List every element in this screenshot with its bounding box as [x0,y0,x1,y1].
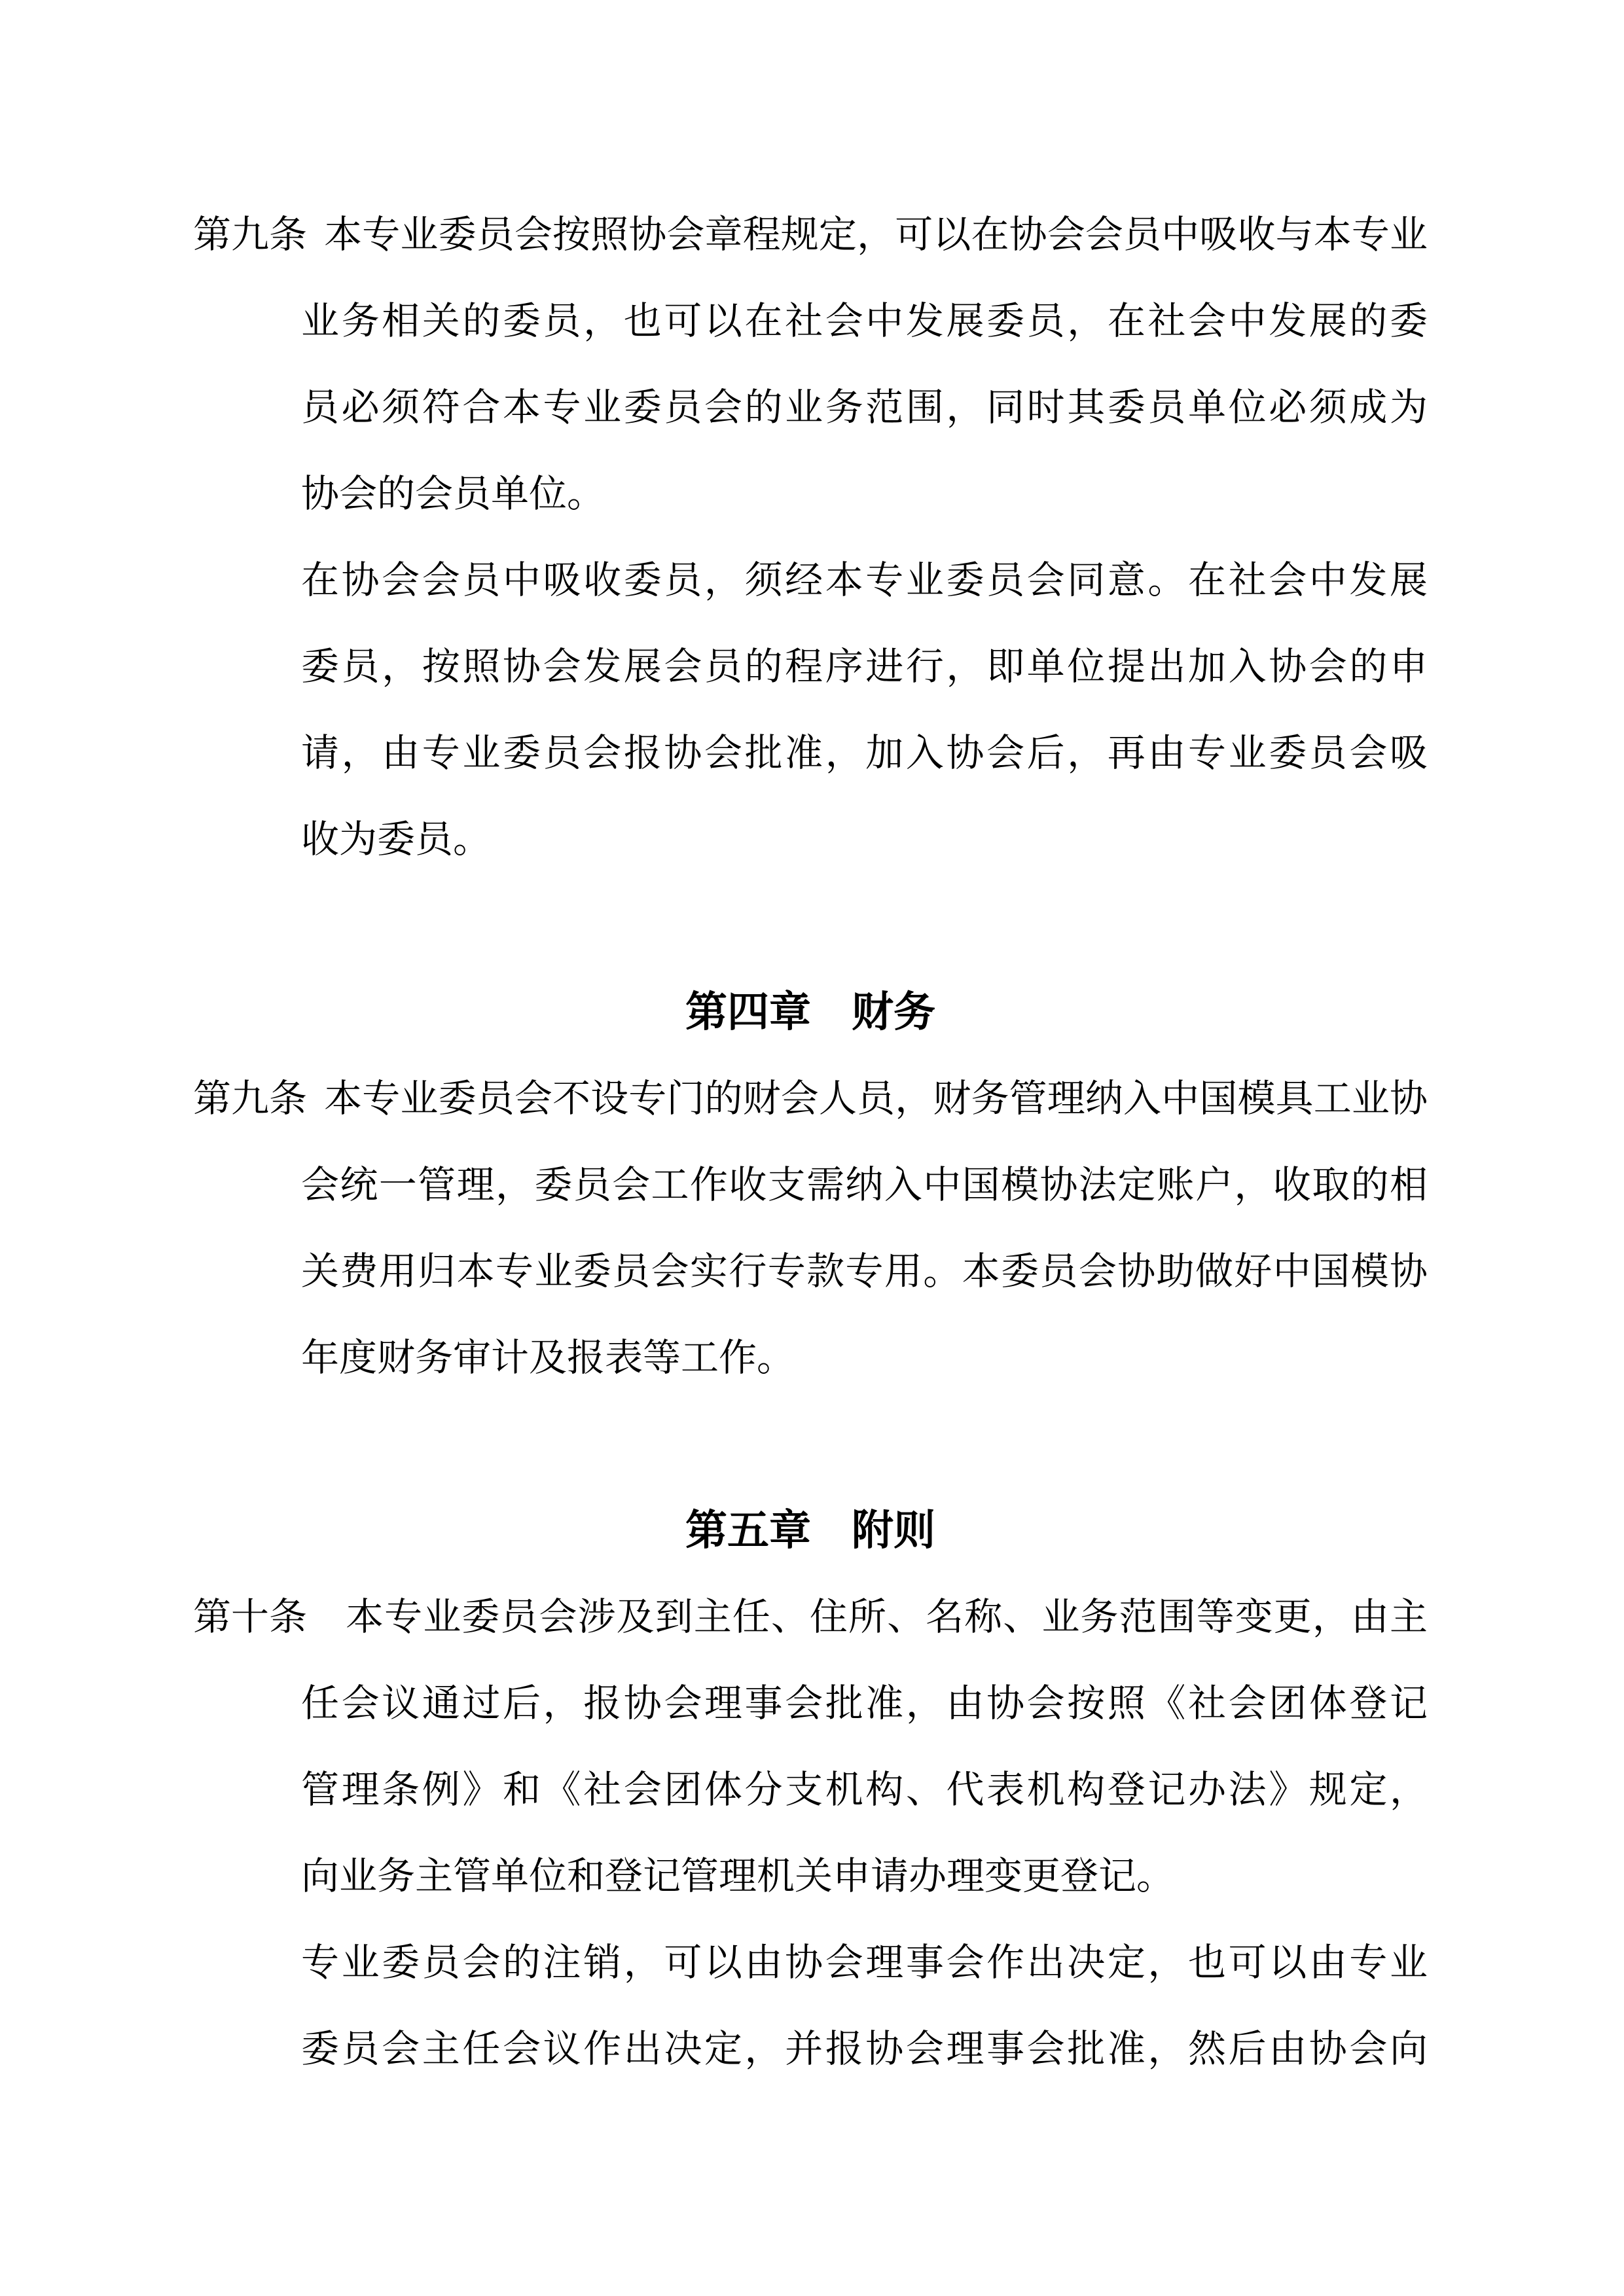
line-text: 请，由专业委员会报协会批准，加入协会后，再由专业委员会吸 [301,732,1428,774]
text-line: 年度财务审计及报表等工作。 [301,1315,1428,1401]
line-text: 向业务主管单位和登记管理机关申请办理变更登记。 [301,1855,1174,1897]
line-text: 收为委员。 [301,818,491,861]
text-line: 业务相关的委员，也可以在社会中发展委员，在社会中发展的委 [301,278,1428,365]
document-page: 第九条本专业委员会按照协会章程规定，可以在协会会员中吸收与本专业 业务相关的委员… [0,0,1624,2296]
line-text: 委员会主任会议作出决定，并报协会理事会批准，然后由协会向 [301,2028,1428,2070]
line-text: 本专业委员会按照协会章程规定，可以在协会会员中吸收与本专业 [324,213,1428,256]
line-text: 专业委员会的注销，可以由协会理事会作出决定，也可以由专业 [301,1941,1428,1984]
text-line: 管理条例》和《社会团体分支机构、代表机构登记办法》规定， [301,1747,1428,1833]
text-line: 第十条本专业委员会涉及到主任、住所、名称、业务范围等变更，由主 [193,1574,1428,1660]
line-text: 会统一管理，委员会工作收支需纳入中国模协法定账户，收取的相 [301,1164,1428,1206]
line-text: 本专业委员会不设专门的财会人员，财务管理纳入中国模具工业协 [324,1077,1428,1120]
line-text: 任会议通过后，报协会理事会批准，由协会按照《社会团体登记 [301,1682,1428,1725]
text-line: 关费用归本专业委员会实行专款专用。本委员会协助做好中国模协 [301,1229,1428,1315]
text-line: 专业委员会的注销，可以由协会理事会作出决定，也可以由专业 [301,1920,1428,2006]
text-line: 收为委员。 [301,797,1428,883]
chapter-number: 第四章 [685,989,811,1035]
text-line: 在协会会员中吸收委员，须经本专业委员会同意。在社会中发展 [301,537,1428,624]
text-line: 委员会主任会议作出决定，并报协会理事会批准，然后由协会向 [301,2006,1428,2092]
chapter-heading: 第四章财务 [193,969,1428,1056]
text-line: 会统一管理，委员会工作收支需纳入中国模协法定账户，收取的相 [301,1142,1428,1229]
text-line: 员必须符合本专业委员会的业务范围，同时其委员单位必须成为 [301,365,1428,451]
text-line: 第九条本专业委员会按照协会章程规定，可以在协会会员中吸收与本专业 [193,192,1428,278]
text-line: 任会议通过后，报协会理事会批准，由协会按照《社会团体登记 [301,1660,1428,1747]
article-number-label: 第九条 [193,1056,307,1142]
text-line: 委员，按照协会发展会员的程序进行，即单位提出加入协会的申 [301,624,1428,710]
line-text: 协会的会员单位。 [301,473,605,515]
chapter-number: 第五章 [685,1507,811,1554]
line-text: 管理条例》和《社会团体分支机构、代表机构登记办法》规定， [301,1768,1428,1811]
line-text: 关费用归本专业委员会实行专款专用。本委员会协助做好中国模协 [301,1250,1428,1293]
chapter-title: 财务 [852,989,935,1035]
line-text: 年度财务审计及报表等工作。 [301,1336,795,1379]
chapter-heading: 第五章附则 [193,1488,1428,1574]
line-text: 委员，按照协会发展会员的程序进行，即单位提出加入协会的申 [301,645,1428,688]
text-line: 请，由专业委员会报协会批准，加入协会后，再由专业委员会吸 [301,710,1428,797]
line-text: 员必须符合本专业委员会的业务范围，同时其委员单位必须成为 [301,386,1428,429]
article-number-label: 第十条 [193,1574,307,1660]
article-number-label: 第九条 [193,192,307,278]
text-line: 第九条本专业委员会不设专门的财会人员，财务管理纳入中国模具工业协 [193,1056,1428,1142]
line-text: 业务相关的委员，也可以在社会中发展委员，在社会中发展的委 [301,300,1428,342]
text-line: 向业务主管单位和登记管理机关申请办理变更登记。 [301,1833,1428,1920]
line-text: 在协会会员中吸收委员，须经本专业委员会同意。在社会中发展 [301,559,1428,601]
line-text: 本专业委员会涉及到主任、住所、名称、业务范围等变更，由主 [345,1596,1428,1638]
chapter-title: 附则 [852,1507,935,1554]
document-content: 第九条本专业委员会按照协会章程规定，可以在协会会员中吸收与本专业 业务相关的委员… [193,192,1428,2092]
text-line: 协会的会员单位。 [301,451,1428,537]
